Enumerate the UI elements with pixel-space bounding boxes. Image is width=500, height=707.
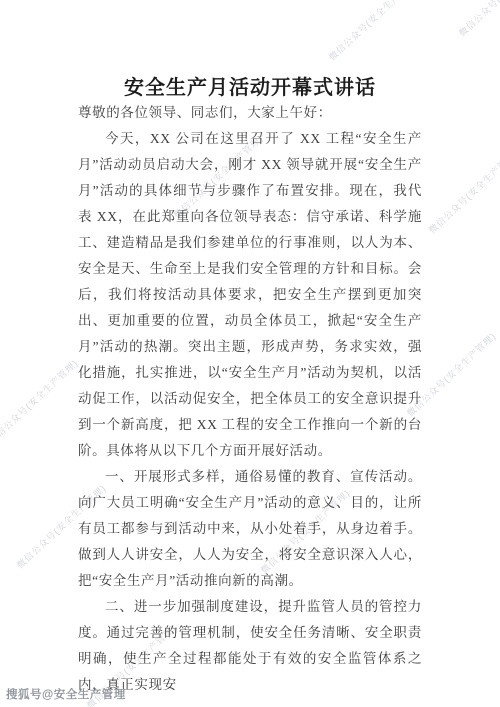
paragraph: 尊敬的各位领导、同志们，大家上午好： — [78, 100, 422, 126]
watermark-text: 微信公众号(安全生产管理) — [326, 0, 421, 63]
paragraph: 一、开展形式多样，通俗易懂的教育、宣传活动。向广大员工明确“安全生产月”活动的意… — [78, 464, 422, 594]
source-badge: 搜狐号@安全生产管理 — [6, 686, 126, 702]
paragraph: 今天，XX 公司在这里召开了 XX 工程“安全生产月”活动动员启动大会，刚才 X… — [78, 126, 422, 464]
paragraph: 二、进一步加强制度建设，提升监管人员的管控力度。通过完善的管理机制，使安全任务清… — [78, 594, 422, 698]
document-body: 尊敬的各位领导、同志们，大家上午好：今天，XX 公司在这里召开了 XX 工程“安… — [78, 100, 422, 698]
watermark-text: 微信公众号(安全生产管理) — [456, 0, 500, 39]
watermark-text: 微信公众号(安全生产管理) — [0, 356, 81, 446]
watermark-text: 微信公众号(安全生产管理) — [426, 146, 500, 236]
page-title: 安全生产月活动开幕式讲话 — [0, 71, 500, 100]
document-page: 微信公众号(安全生产管理) 微信公众号(安全生产管理) 微信公众号(安全生产管理… — [0, 0, 500, 707]
